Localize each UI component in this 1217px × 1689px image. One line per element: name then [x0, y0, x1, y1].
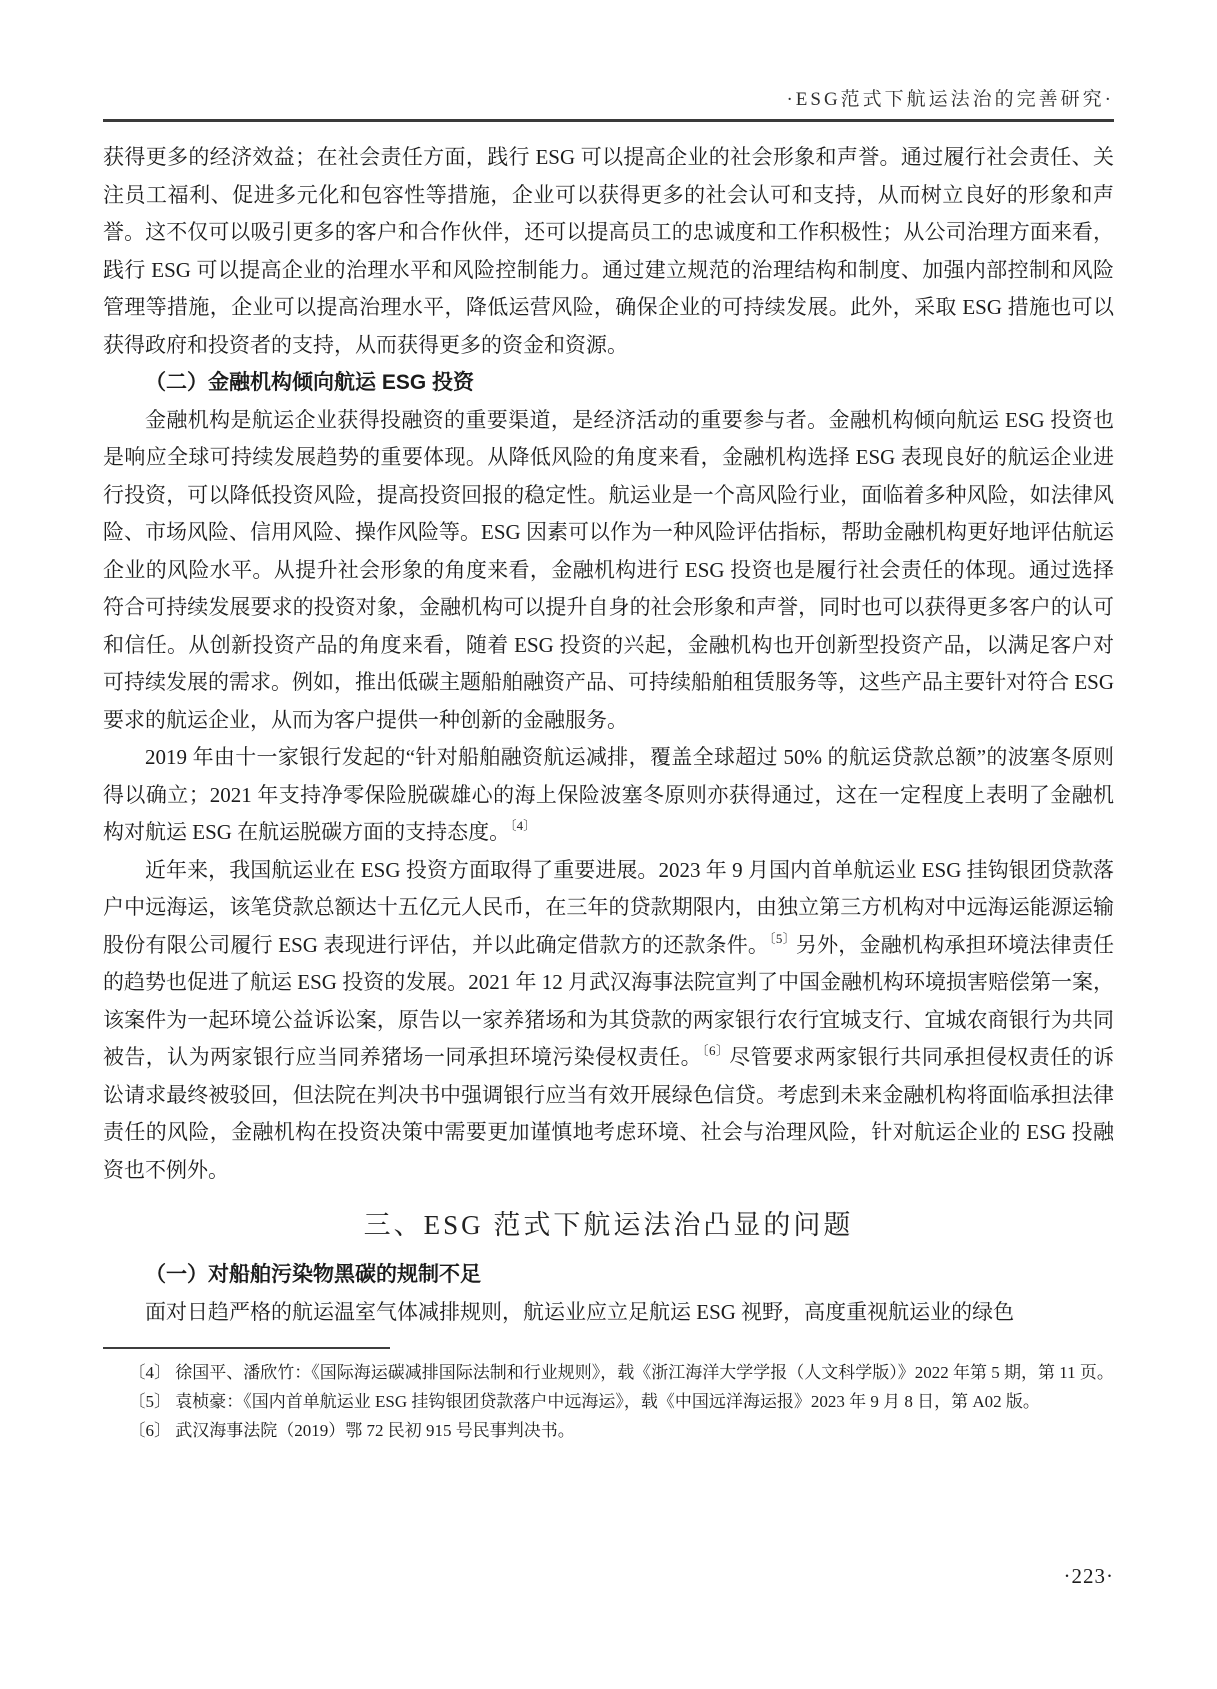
- paragraph-esg-benefits-continuation: 获得更多的经济效益；在社会责任方面，践行 ESG 可以提高企业的社会形象和声誉。…: [103, 139, 1114, 364]
- paragraph-china-esg-progress: 近年来，我国航运业在 ESG 投资方面取得了重要进展。2023 年 9 月国内首…: [103, 852, 1114, 1190]
- paragraph-financial-institutions: 金融机构是航运企业获得投融资的重要渠道，是经济活动的重要参与者。金融机构倾向航运…: [103, 402, 1114, 740]
- paragraph-black-carbon: 面对日趋严格的航运温室气体减排规则，航运业应立足航运 ESG 视野，高度重视航运…: [103, 1294, 1114, 1332]
- document-page: ·ESG范式下航运法治的完善研究· 获得更多的经济效益；在社会责任方面，践行 E…: [0, 0, 1217, 1689]
- footnote-4: 〔4〕 徐国平、潘欣竹：《国际海运碳减排国际法制和行业规则》，载《浙江海洋大学学…: [103, 1358, 1114, 1387]
- footnote-area: 〔4〕 徐国平、潘欣竹：《国际海运碳减排国际法制和行业规则》，载《浙江海洋大学学…: [103, 1347, 1114, 1445]
- page-number: ·223·: [1064, 1564, 1115, 1589]
- footnote-5: 〔5〕 袁桢豪：《国内首单航运业 ESG 挂钩银团贷款落户中远海运》，载《中国远…: [103, 1387, 1114, 1416]
- running-title: ·ESG范式下航运法治的完善研究·: [103, 88, 1114, 112]
- footnote-ref-4: 〔4〕: [510, 818, 536, 833]
- footnote-6: 〔6〕 武汉海事法院（2019）鄂 72 民初 915 号民事判决书。: [103, 1416, 1114, 1445]
- footnote-ref-6: 〔6〕: [702, 1043, 729, 1058]
- paragraph-poseidon-principles: 2019 年由十一家银行发起的“针对船舶融资航运减排，覆盖全球超过 50% 的航…: [103, 739, 1114, 852]
- article-body: 获得更多的经济效益；在社会责任方面，践行 ESG 可以提高企业的社会形象和声誉。…: [103, 139, 1114, 1331]
- footnote-separator: [103, 1347, 390, 1349]
- heading-section-3-problems: 三、ESG 范式下航运法治凸显的问题: [103, 1203, 1114, 1247]
- paragraph-poseidon-text: 2019 年由十一家银行发起的“针对船舶融资航运减排，覆盖全球超过 50% 的航…: [103, 745, 1114, 844]
- heading-black-carbon-regulation: （一）对船舶污染物黑碳的规制不足: [103, 1256, 1114, 1294]
- page-header: ·ESG范式下航运法治的完善研究·: [103, 88, 1114, 122]
- footnote-ref-5: 〔5〕: [769, 931, 796, 946]
- heading-financial-institutions-esg-investment: （二）金融机构倾向航运 ESG 投资: [103, 364, 1114, 402]
